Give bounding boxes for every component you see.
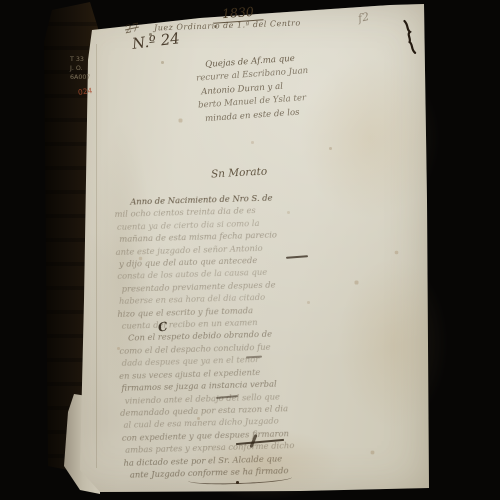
body-text: Anno de Nacimiento de Nro S. demil ocho … [114, 188, 402, 481]
archival-code-line: T 33 [70, 55, 90, 64]
document-scan: 1830 Juez Ordinario de 1.ª del Centro f2… [0, 0, 500, 500]
archival-code-line: 6A007 [70, 73, 90, 82]
end-dot [236, 481, 239, 484]
margin-crease-line [96, 44, 97, 468]
paragraph-mark: C [157, 319, 169, 334]
summary-note: Quejas de Af.ma querecurre al Escribano … [195, 46, 389, 126]
archival-code-line: J. O. [70, 64, 90, 73]
folio-mark: f2 [357, 10, 371, 25]
foxing-specks [0, 0, 1, 1]
archival-codes: T 33J. O.6A007 [70, 55, 90, 82]
